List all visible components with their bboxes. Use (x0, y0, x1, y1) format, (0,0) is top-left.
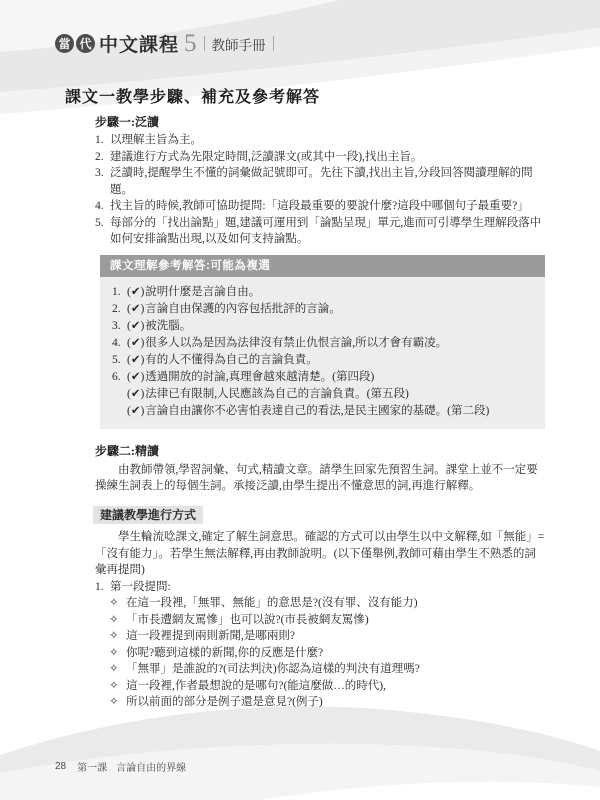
answer-text: 言論自由讓你不必害怕表達自己的看法,是民主國家的基礎。(第二段) (145, 403, 535, 420)
answer-number: 2. (112, 301, 127, 318)
book-brand-logo: 當 代 中文課程 5 教師手冊 (55, 30, 274, 57)
checkmark: (✔) (127, 335, 144, 352)
answer-number: 6. (112, 369, 127, 386)
checkmark: (✔) (127, 284, 144, 301)
question-text: 這一段裡提到兩則新聞,是哪兩則? (126, 628, 547, 645)
checkmark: (✔) (127, 403, 144, 420)
answer-number (112, 403, 127, 420)
numbered-item: 4. 找主旨的時候,教師可協助提問:「這段最重要的要說什麼?這段中哪個句子最重要… (95, 198, 547, 215)
answer-text: 言論自由保護的內容包括批評的言論。 (145, 301, 535, 318)
checkmark: (✔) (127, 369, 144, 386)
numbered-item: 5. 每部分的「找出論點」題,建議可運用到「論點呈現」單元,進而可引導學生理解段… (95, 215, 547, 248)
diamond-bullet-icon: ✧ (109, 612, 126, 629)
item-text: 泛讀時,提醒學生不懂的詞彙做記號即可。先往下讀,找出主旨,分段回答閱讀理解的問題… (110, 165, 547, 198)
step2-section: 步驟二:精讀 由教師帶領,學習詞彙、句式,精讀文章。請學生回家先預習生詞。課堂上… (95, 443, 547, 495)
answer-number: 5. (112, 352, 127, 369)
diamond-bullet-icon: ✧ (109, 645, 126, 662)
step2-heading: 步驟二:精讀 (95, 443, 547, 460)
volume-number: 5 (184, 31, 197, 56)
answer-item: 3. (✔) 被洗腦。 (112, 318, 535, 335)
answer-box: 課文理解參考解答:可能為複選 1. (✔) 說明什麼是言論自由。 2. (✔) … (100, 255, 545, 430)
section-title: 課文一教學步驟、補充及參考解答 (65, 90, 547, 107)
answer-item: (✔) 言論自由讓你不必害怕表達自己的看法,是民主國家的基礎。(第二段) (112, 403, 535, 420)
diamond-bullet-icon: ✧ (109, 661, 126, 678)
page-footer: 28 第一課 言論自由的界線 (55, 759, 186, 774)
series-title: 中文課程 (99, 30, 179, 57)
answer-text: 有的人不懂得為自己的言論負責。 (145, 352, 535, 369)
answer-item: (✔) 法律已有限制,人民應該為自己的言論負責。(第五段) (112, 386, 535, 403)
step1-heading: 步驟一:泛讀 (95, 114, 547, 131)
item-text: 第一段提問: (110, 579, 547, 596)
question-item: ✧ 「市長遭網友罵慘」也可以說?(市長被網友罵慘) (109, 612, 547, 629)
checkmark: (✔) (127, 352, 144, 369)
item-text: 建議進行方式為先限定時間,泛讀課文(或其中一段),找出主旨。 (110, 149, 547, 166)
question-text: 「市長遭網友罵慘」也可以說?(市長被網友罵慘) (126, 612, 547, 629)
book-subtitle: 教師手冊 (212, 34, 266, 54)
logo-circle-char: 代 (76, 34, 95, 53)
question-item: ✧ 「無罪」是誰說的?(司法判決)你認為這樣的判決有道理嗎? (109, 661, 547, 678)
item-number: 2. (95, 149, 110, 166)
question-list: ✧ 在這一段裡,「無罪、無能」的意思是?(沒有罪、沒有能力) ✧ 「市長遭網友罵… (95, 595, 547, 711)
divider-bar (273, 36, 274, 51)
answer-text: 透過開放的討論,真理會越來越清楚。(第四段) (145, 369, 535, 386)
manual-page: 當 代 中文課程 5 教師手冊 課文一教學步驟、補充及參考解答 步驟一:泛讀 1… (0, 0, 600, 800)
question-text: 所以前面的部分是例子還是意見?(例子) (126, 694, 547, 711)
question-text: 「無罪」是誰說的?(司法判決)你認為這樣的判決有道理嗎? (126, 661, 547, 678)
diamond-bullet-icon: ✧ (109, 694, 126, 711)
question-item: ✧ 在這一段裡,「無罪、無能」的意思是?(沒有罪、沒有能力) (109, 595, 547, 612)
diamond-bullet-icon: ✧ (109, 628, 126, 645)
suggestion-paragraph: 學生輪流唸課文,確定了解生詞意思。確認的方式可以由學生以中文解釋,如「無能」=「… (95, 529, 547, 579)
item-number: 1. (95, 579, 110, 596)
answer-item: 2. (✔) 言論自由保護的內容包括批評的言論。 (112, 301, 535, 318)
answer-text: 很多人以為是因為法律沒有禁止仇恨言論,所以才會有霸凌。 (145, 335, 535, 352)
answer-item: 4. (✔) 很多人以為是因為法律沒有禁止仇恨言論,所以才會有霸凌。 (112, 335, 535, 352)
numbered-item: 3. 泛讀時,提醒學生不懂的詞彙做記號即可。先往下讀,找出主旨,分段回答閱讀理解… (95, 165, 547, 198)
answer-item: 6. (✔) 透過開放的討論,真理會越來越清楚。(第四段) (112, 369, 535, 386)
question-item: ✧ 這一段裡提到兩則新聞,是哪兩則? (109, 628, 547, 645)
question-text: 你呢?聽到這樣的新聞,你的反應是什麼? (126, 645, 547, 662)
answer-number: 1. (112, 284, 127, 301)
item-number: 3. (95, 165, 110, 198)
item-text: 找主旨的時候,教師可協助提問:「這段最重要的要說什麼?這段中哪個句子最重要?」 (110, 198, 547, 215)
item-number: 1. (95, 132, 110, 149)
logo-circle-char: 當 (55, 34, 74, 53)
lesson-title: 言論自由的界線 (116, 759, 186, 774)
checkmark: (✔) (127, 318, 144, 335)
answer-number: 4. (112, 335, 127, 352)
question-text: 這一段裡,作者最想說的是哪句?(能這麼做…的時代), (126, 678, 547, 695)
question-item: ✧ 這一段裡,作者最想說的是哪句?(能這麼做…的時代), (109, 678, 547, 695)
checkmark: (✔) (127, 386, 144, 403)
page-content: 課文一教學步驟、補充及參考解答 步驟一:泛讀 1. 以理解主旨為主。 2. 建議… (95, 90, 547, 711)
divider-bar (204, 36, 205, 51)
numbered-item: 1. 以理解主旨為主。 (95, 132, 547, 149)
answer-number (112, 386, 127, 403)
question-list-heading: 1. 第一段提問: (95, 579, 547, 596)
answer-item: 5. (✔) 有的人不懂得為自己的言論負責。 (112, 352, 535, 369)
answer-box-body: 1. (✔) 說明什麼是言論自由。 2. (✔) 言論自由保護的內容包括批評的言… (100, 277, 545, 429)
answer-text: 說明什麼是言論自由。 (145, 284, 535, 301)
step1-list: 1. 以理解主旨為主。 2. 建議進行方式為先限定時間,泛讀課文(或其中一段),… (95, 132, 547, 248)
answer-number: 3. (112, 318, 127, 335)
diamond-bullet-icon: ✧ (109, 595, 126, 612)
lesson-label: 第一課 (77, 759, 107, 774)
question-text: 在這一段裡,「無罪、無能」的意思是?(沒有罪、沒有能力) (126, 595, 547, 612)
item-number: 5. (95, 215, 110, 248)
diamond-bullet-icon: ✧ (109, 678, 126, 695)
item-text: 每部分的「找出論點」題,建議可運用到「論點呈現」單元,進而可引導學生理解段落中如… (110, 215, 547, 248)
checkmark: (✔) (127, 301, 144, 318)
answer-box-title: 課文理解參考解答:可能為複選 (100, 255, 545, 278)
answer-text: 法律已有限制,人民應該為自己的言論負責。(第五段) (145, 386, 535, 403)
answer-text: 被洗腦。 (145, 318, 535, 335)
item-number: 4. (95, 198, 110, 215)
suggestion-label: 建議教學進行方式 (93, 506, 203, 525)
question-item: ✧ 所以前面的部分是例子還是意見?(例子) (109, 694, 547, 711)
page-number: 28 (55, 761, 66, 772)
item-text: 以理解主旨為主。 (110, 132, 547, 149)
step2-paragraph: 由教師帶領,學習詞彙、句式,精讀文章。請學生回家先預習生詞。課堂上並不一定要操練… (95, 462, 547, 495)
answer-item: 1. (✔) 說明什麼是言論自由。 (112, 284, 535, 301)
question-item: ✧ 你呢?聽到這樣的新聞,你的反應是什麼? (109, 645, 547, 662)
numbered-item: 2. 建議進行方式為先限定時間,泛讀課文(或其中一段),找出主旨。 (95, 149, 547, 166)
